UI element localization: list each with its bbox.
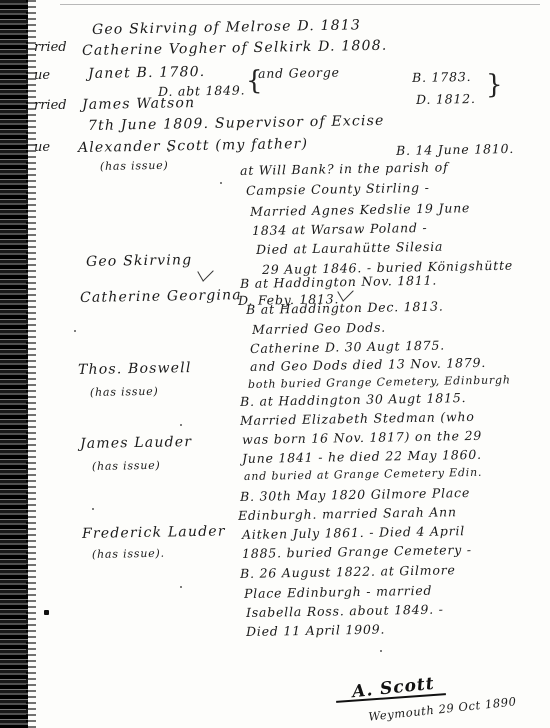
- child-detail: Died at Laurahütte Silesia: [256, 239, 443, 257]
- scan-speck: [180, 586, 182, 588]
- top-rule: [60, 4, 540, 5]
- child-detail: B at Haddington Dec. 1813.: [246, 299, 444, 317]
- child-detail: at Will Bank? in the parish of: [240, 159, 449, 178]
- child-detail: and Geo Dods died 13 Nov. 1879.: [250, 355, 486, 374]
- child-note: (has issue): [100, 159, 169, 173]
- brace-close: }: [486, 72, 503, 98]
- child-detail: Campsie County Stirling -: [246, 180, 430, 198]
- child-detail: B. 30th May 1820 Gilmore Place: [240, 485, 470, 504]
- child-detail: and buried at Grange Cemetery Edin.: [244, 466, 482, 483]
- child-detail: Edinburgh. married Sarah Ann: [238, 504, 457, 523]
- child-detail: 1834 at Warsaw Poland -: [252, 220, 428, 238]
- scan-speck: [168, 150, 170, 152]
- entry-parent-father: Geo Skirving of Melrose D. 1813: [92, 17, 361, 38]
- margin-fragment: ue: [34, 140, 50, 155]
- entry-parent-mother: Catherine Vogher of Selkirk D. 1808.: [82, 38, 388, 59]
- scan-speck: [180, 424, 182, 426]
- entry-sibling-note: and George: [258, 65, 340, 81]
- child-note: (has issue).: [92, 547, 165, 561]
- scan-speck: [74, 330, 76, 332]
- child-note: (has issue): [90, 385, 159, 399]
- child-detail: B. 26 August 1822. at Gilmore: [240, 562, 456, 581]
- child-detail: Married Geo Dods.: [252, 320, 386, 337]
- child-detail: Catherine D. 30 Augt 1875.: [250, 338, 445, 356]
- binding-edge: [0, 0, 28, 728]
- child-detail: Married Agnes Kedslie 19 June: [250, 200, 470, 219]
- child-detail: Aitken July 1861. - Died 4 April: [242, 523, 465, 542]
- child-detail: both buried Grange Cemetery, Edinburgh: [248, 373, 511, 391]
- margin-fragment: rried: [34, 98, 67, 113]
- child-detail: June 1841 - he died 22 May 1860.: [242, 447, 482, 466]
- entry-george-birth: B. 1783.: [412, 69, 472, 85]
- child-name: James Lauder: [80, 434, 192, 452]
- entry-janet: Janet B. 1780.: [88, 64, 206, 82]
- document-page: rried ue rried ue Geo Skirving of Melros…: [0, 0, 550, 728]
- child-detail: Isabella Ross. about 1849. -: [246, 602, 444, 620]
- child-name: Alexander Scott (my father): [78, 136, 308, 156]
- child-name: Geo Skirving: [86, 252, 193, 270]
- scan-speck: [380, 650, 382, 652]
- child-detail: Place Edinburgh - married: [244, 583, 433, 601]
- child-name: Thos. Boswell: [78, 360, 192, 378]
- child-detail: was born 16 Nov. 1817) on the 29: [242, 428, 482, 447]
- scan-speck: [44, 610, 49, 615]
- child-name: Frederick Lauder: [82, 523, 226, 542]
- entry-spouse: James Watson: [82, 95, 196, 113]
- child-detail: 1885. buried Grange Cemetery -: [242, 542, 472, 561]
- entry-george-death: D. 1812.: [416, 91, 476, 107]
- child-detail: B. 14 June 1810.: [396, 141, 514, 158]
- entry-marriage-date: 7th June 1809. Supervisor of Excise: [88, 113, 385, 134]
- scan-speck: [220, 182, 222, 184]
- child-detail: B at Haddington Nov. 1811.: [240, 273, 437, 291]
- scan-speck: [92, 508, 94, 510]
- child-detail: Died 11 April 1909.: [246, 622, 385, 639]
- child-note: (has issue): [92, 459, 161, 473]
- child-detail: Married Elizabeth Stedman (who: [240, 409, 475, 428]
- margin-fragment: rried: [34, 40, 67, 55]
- child-name: Catherine Georgina: [80, 287, 242, 306]
- child-detail: B. at Haddington 30 Augt 1815.: [240, 390, 467, 409]
- checkmark-icon: [197, 261, 213, 281]
- margin-fragment: ue: [34, 68, 50, 83]
- signature-place-date: Weymouth 29 Oct 1890: [368, 694, 517, 723]
